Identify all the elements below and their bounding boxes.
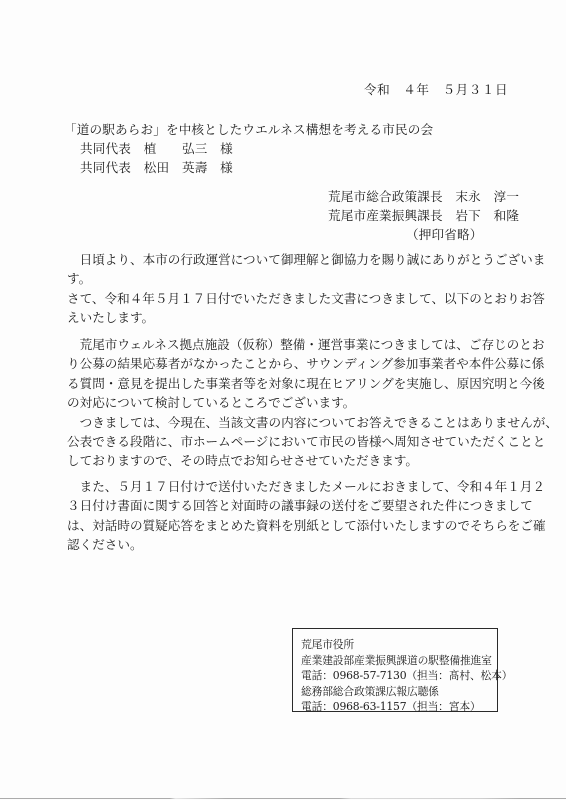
paragraph-line: また、５月１７日付けで送付いただきましたメールにおきまして、令和４年１月２	[67, 477, 521, 496]
paragraph-line: す。	[67, 269, 521, 288]
addressee-representative-2: 共同代表 松田 英壽 様	[80, 158, 233, 177]
paragraph-line: 日頃より、本市の行政運営について御理解と御協力を賜り誠にありがとうございま	[67, 250, 521, 269]
scan-bottom-edge	[0, 798, 566, 799]
seal-omitted-note: （押印省略）	[406, 225, 482, 244]
paragraph-wellness-facility: 荒尾市ウェルネス拠点施設（仮称）整備・運営事業につきましては、ご存じのとお り公…	[67, 335, 521, 471]
paragraph-line: 公表できる段階に、市ホームページにおいて市民の皆様へ周知させていただくことと	[67, 432, 521, 451]
scanned-letter-page: 令和 ４年 ５月３１日 「道の駅あらお」を中核としたウエルネス構想を考える市民の…	[0, 0, 566, 800]
paragraph-line: しておりますので、その時点でお知らせさせていただきます。	[67, 451, 521, 470]
paragraph-line: 荒尾市ウェルネス拠点施設（仮称）整備・運営事業につきましては、ご存じのとお	[67, 335, 521, 354]
paragraph-line: さて、令和４年５月１７日付でいただきました文書につきまして、以下のとおりお答	[67, 289, 521, 308]
paragraph-line: つきましては、今現在、当該文書の内容についてお答えできることはありませんが、	[67, 413, 521, 432]
contact-phone-1: 電話：0968-57-7130（担当：髙村、松本）	[301, 668, 497, 684]
sender-2: 荒尾市産業振興課長 岩下 和隆	[328, 206, 519, 225]
addressee-representative-1: 共同代表 植 弘三 様	[80, 139, 233, 158]
letter-date: 令和 ４年 ５月３１日	[364, 80, 508, 99]
contact-office: 荒尾市役所	[301, 637, 497, 653]
paragraph-greeting: 日頃より、本市の行政運営について御理解と御協力を賜り誠にありがとうございま す。…	[67, 250, 521, 328]
paragraph-meeting-minutes: また、５月１７日付けで送付いただきましたメールにおきまして、令和４年１月２ ３日…	[67, 477, 521, 555]
paragraph-line: る質問・意見を提出した事業者等を対象に現在ヒアリングを実施し、原因究明と今後	[67, 374, 521, 393]
paragraph-line: 認ください。	[67, 535, 521, 554]
paragraph-line: は、対話時の質疑応答をまとめた資料を別紙として添付いたしますのでそちらをご確	[67, 516, 521, 535]
paragraph-line: ３日付け書面に関する回答と対面時の議事録の送付をご要望された件につきまして	[67, 496, 521, 515]
contact-phone-2: 電話：0968-63-1157（担当：宮本）	[301, 699, 497, 715]
paragraph-line: り公募の結果応募者がなかったことから、サウンディング参加事業者や本件公募に係	[67, 354, 521, 373]
paragraph-line: えいたします。	[67, 308, 521, 327]
sender-1: 荒尾市総合政策課長 末永 淳一	[328, 187, 519, 206]
contact-department-1: 産業建設部産業振興課道の駅整備推進室	[301, 653, 497, 669]
contact-info-box: 荒尾市役所 産業建設部産業振興課道の駅整備推進室 電話：0968-57-7130…	[292, 628, 498, 712]
contact-department-2: 総務部総合政策課広報広聴係	[301, 684, 497, 700]
addressee-organization: 「道の駅あらお」を中核としたウエルネス構想を考える市民の会	[64, 120, 433, 139]
paragraph-line: の対応について検討しているところでございます。	[67, 393, 521, 412]
